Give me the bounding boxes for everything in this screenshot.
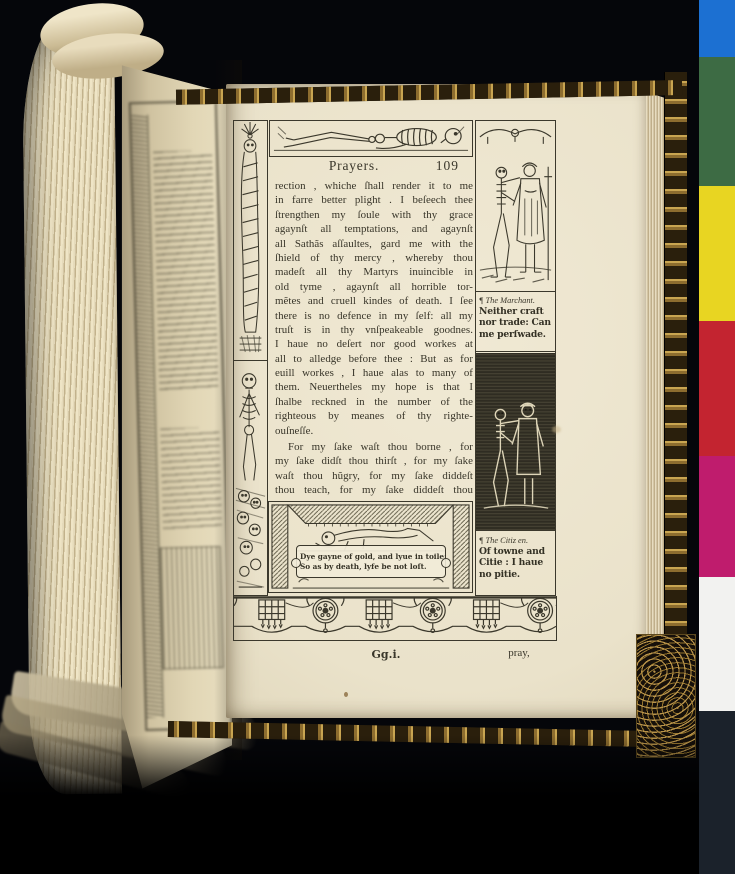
text-line: all to alledge before thee : But as for	[275, 352, 473, 366]
text-line: ouſneſſe.	[275, 424, 473, 438]
skeleton-and-skulls-woodcut	[234, 362, 267, 595]
citizen-verse: Of towne andCitie : I haueno pitie.	[476, 546, 555, 580]
shrouded-corpse-woodcut	[234, 121, 267, 361]
text-line: agaynſt all temptations, and agaynſt	[275, 222, 473, 236]
shrouded-corpse-icon	[234, 121, 267, 360]
text-line: Neither craft	[476, 306, 555, 317]
death-and-merchant-woodcut	[476, 121, 555, 292]
color-patch-green	[699, 57, 735, 186]
portcullis-and-rose-frieze	[233, 596, 557, 641]
text-line: thou teach, for my ſake diddeſt thou	[275, 483, 473, 497]
text-line: waſt thou hũgry, for my ſake diddeſt	[275, 469, 473, 483]
paragraph: For my ſake waſt thou borne , formy ſake…	[275, 440, 473, 498]
fore-edge-leaves	[646, 92, 666, 714]
text-line: there is no defence in my ſelf: all my	[275, 309, 473, 323]
text-line: mẽtes and cruell kindes of death. I ſee	[275, 294, 473, 308]
prayer-text: rection , whiche ſhall render it to mein…	[275, 179, 473, 500]
text-line: Dye gayne of gold, and lyue in toile:	[300, 552, 442, 562]
color-patch-magenta	[699, 456, 735, 577]
merchant-caption-block: ¶ The Marchant. Neither craftnor trade: …	[476, 293, 555, 352]
text-line: them. Neuertheles my hope is that I	[275, 380, 473, 394]
text-line: ſhalbe reckned in the number of the	[275, 395, 473, 409]
left-page-text-smudge	[153, 150, 218, 390]
text-line: in farre better plight . I beſeech thee	[275, 193, 473, 207]
merchant-verse: Neither craftnor trade: Canme perſwade.	[476, 306, 555, 340]
text-line: So as by death, lyfe be not loſt.	[300, 562, 442, 572]
citizen-caption: ¶ The Citiz en.	[476, 533, 555, 546]
left-border-column	[233, 120, 268, 596]
foxing-spot-2	[552, 426, 561, 433]
text-line: me perſwade.	[476, 329, 555, 340]
citizen-caption-block: ¶ The Citiz en. Of towne andCitie : I ha…	[476, 533, 555, 595]
right-border-column: ¶ The Marchant. Neither craftnor trade: …	[475, 120, 556, 596]
foxing-spot	[344, 692, 348, 697]
text-line: Citie : I haue	[476, 557, 555, 568]
text-line: my ſake didſt thou thirſt , for my ſake	[275, 454, 473, 468]
text-line: nor trade: Can	[476, 317, 555, 328]
death-and-citizen-icon	[476, 353, 555, 530]
text-line: righteous by meanes of thy righte-	[275, 409, 473, 423]
text-line: Of towne and	[476, 546, 555, 557]
page-number: 109	[436, 158, 459, 174]
signature-mark: Gg.i.	[356, 648, 416, 661]
left-page	[104, 30, 232, 816]
right-page: Prayers. 109	[226, 84, 646, 718]
running-header: Prayers. 109	[275, 158, 473, 176]
recumbent-skeleton-woodcut	[269, 120, 473, 157]
text-line: old tyme , agaynſt all horrible tor-	[275, 280, 473, 294]
paragraph: rection , whiche ſhall render it to mein…	[275, 179, 473, 438]
skeleton-and-skulls-icon	[234, 362, 267, 595]
text-line: ſtrengthen my ſoule with thy grace	[275, 208, 473, 222]
page-title: Prayers.	[275, 158, 433, 174]
color-patch-white	[699, 577, 735, 711]
death-and-citizen-woodcut	[476, 353, 555, 531]
color-patch-blue	[699, 0, 735, 57]
text-line: all Sathãs aſſaultes, gard me with the	[275, 237, 473, 251]
floor-shadow	[0, 735, 699, 874]
text-line: no pitie.	[476, 569, 555, 580]
text-line: madeſt all thy Martyrs inuincible in	[275, 265, 473, 279]
photograph-of-open-book: Prayers. 109	[0, 0, 735, 874]
text-line: rection , whiche ſhall render it to me	[275, 179, 473, 193]
text-line: ſhield of thy mercy , whereby thou	[275, 251, 473, 265]
frieze-icon	[234, 596, 556, 640]
merchant-caption: ¶ The Marchant.	[476, 293, 555, 306]
corpse-on-tomb-woodcut: Dye gayne of gold, and lyue in toile:So …	[268, 501, 473, 593]
tomb-cartouche: Dye gayne of gold, and lyue in toile:So …	[296, 545, 446, 578]
recumbent-skeleton-icon	[270, 121, 472, 156]
text-line: truſt is in thy vnſpeakeable goodnes.	[275, 323, 473, 337]
text-line: For my ſake waſt thou borne , for	[275, 440, 473, 454]
catchword: pray,	[494, 647, 544, 659]
color-patch-yellow	[699, 186, 735, 321]
color-calibration-strip	[699, 0, 735, 874]
death-and-merchant-icon	[476, 121, 555, 291]
text-line: I haue no deſert nor good workes at	[275, 337, 473, 351]
color-patch-red	[699, 321, 735, 456]
text-line: euill workes , I haue alas to many of	[275, 366, 473, 380]
color-patch-dark-navy	[699, 711, 735, 874]
